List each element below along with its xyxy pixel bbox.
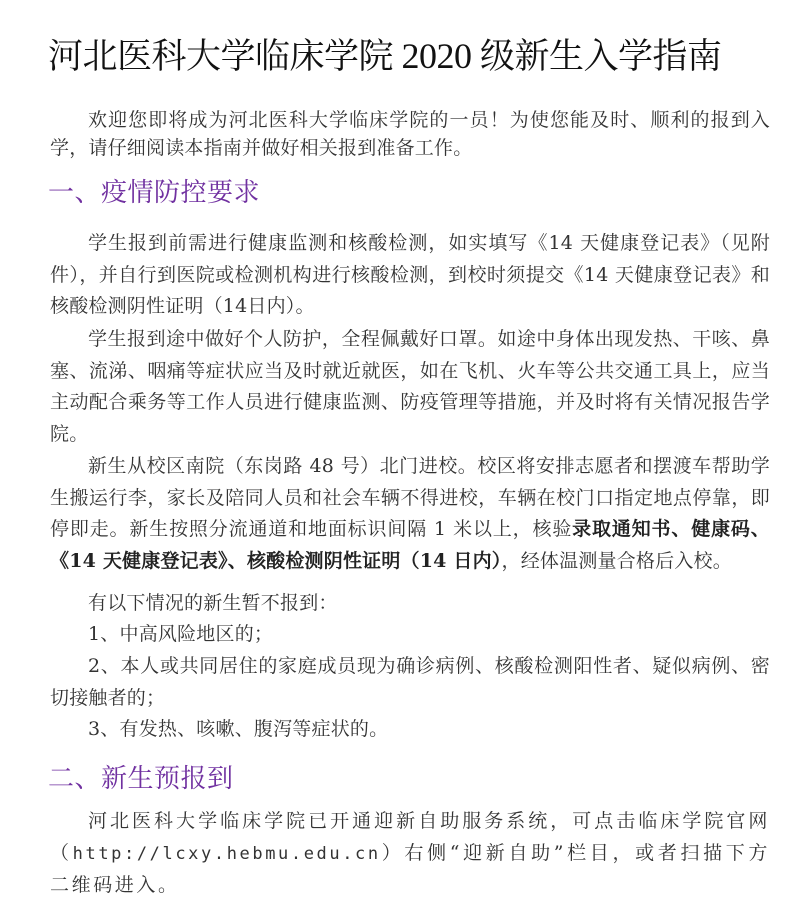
paragraph-not-report-intro: 有以下情况的新生暂不报到： (50, 588, 770, 620)
paragraph-health-monitoring: 学生报到前需进行健康监测和核酸检测，如实填写《14 天健康登记表》（见附件），并… (50, 228, 770, 323)
paragraph-pre-registration: 河北医科大学临床学院已开通迎新自助服务系统，可点击临床学院官网（http://l… (50, 806, 770, 902)
paragraph-campus-entry: 新生从校区南院（东岗路 48 号）北门进校。校区将安排志愿者和摆渡车帮助学生搬运… (50, 451, 770, 577)
title-year: 2020 (393, 36, 480, 76)
campus-entry-tail: ，经体温测量合格后入校。 (502, 550, 732, 572)
title-suffix: 级新生入学指南 (480, 37, 722, 77)
list-item-high-risk: 1、中高风险地区的； (50, 619, 770, 651)
section-heading-epidemic-control: 一、疫情防控要求 (48, 176, 260, 210)
paragraph-travel-protection: 学生报到途中做好个人防护，全程佩戴好口罩。如途中身体出现发热、干咳、鼻塞、流涕、… (50, 324, 770, 450)
section-heading-pre-registration: 二、新生预报到 (48, 762, 234, 796)
list-item-symptoms: 3、有发热、咳嗽、腹泻等症状的。 (50, 714, 770, 746)
list-item-close-contact: 2、本人或共同居住的家庭成员现为确诊病例、核酸检测阳性者、疑似病例、密切接触者的… (50, 651, 770, 714)
intro-paragraph: 欢迎您即将成为河北医科大学临床学院的一员！为使您能及时、顺利的报到入学，请仔细阅… (50, 106, 770, 162)
college-website-link[interactable]: http://lcxy.hebmu.edu.cn (73, 844, 381, 864)
document-title: 河北医科大学临床学院 2020 级新生入学指南 (48, 34, 768, 79)
document-page: 河北医科大学临床学院 2020 级新生入学指南 欢迎您即将成为河北医科大学临床学… (0, 0, 800, 920)
title-prefix: 河北医科大学临床学院 (48, 37, 393, 77)
